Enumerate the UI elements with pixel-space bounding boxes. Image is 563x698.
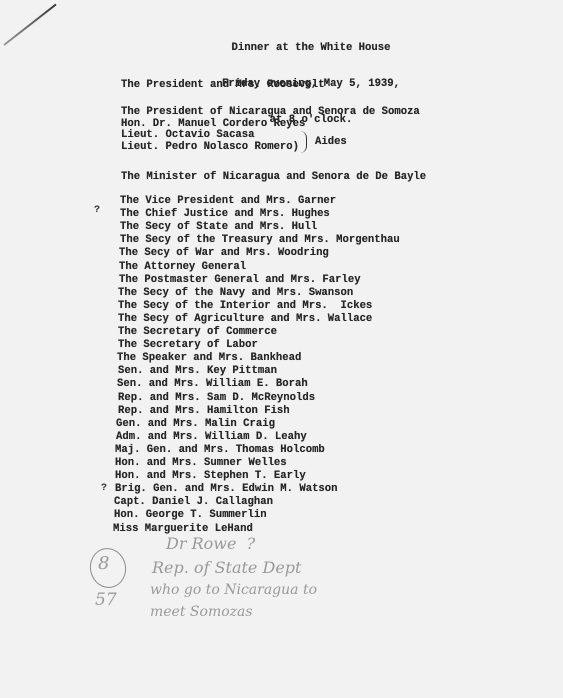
handwritten-count: 57	[95, 590, 117, 610]
handwritten-note-line-3: who go to Nicaragua to	[150, 582, 317, 598]
guest-line: The Secy of the Navy and Mrs. Swanson	[118, 287, 353, 299]
guest-line: The Minister of Nicaragua and Senora de …	[121, 171, 426, 183]
guest-line: Hon. George T. Summerlin	[114, 509, 267, 521]
guest-line: Hon. and Mrs. Sumner Welles	[115, 457, 287, 469]
header-title: Dinner at the White House	[222, 42, 400, 54]
aides-label: Aides	[315, 136, 347, 148]
question-mark-callaghan: ?	[101, 483, 107, 494]
guest-line: Lieut. Octavio Sacasa	[121, 129, 255, 141]
guest-line: The President of Nicaragua and Senora de…	[121, 106, 420, 118]
guest-line: Brig. Gen. and Mrs. Edwin M. Watson	[115, 483, 338, 495]
guest-line: Hon. and Mrs. Stephen T. Early	[115, 470, 306, 482]
handwritten-note-line-4: meet Somozas	[150, 604, 253, 620]
guest-line: Sen. and Mrs. William E. Borah	[117, 378, 308, 390]
guest-line: The Vice President and Mrs. Garner	[120, 195, 336, 207]
guest-line: Rep. and Mrs. Sam D. McReynolds	[118, 392, 315, 404]
guest-line: The Speaker and Mrs. Bankhead	[117, 352, 301, 364]
aides-brace	[300, 131, 307, 153]
guest-line: The Chief Justice and Mrs. Hughes	[120, 208, 330, 220]
guest-line: Sen. and Mrs. Key Pittman	[118, 365, 277, 377]
staple-mark	[3, 4, 56, 46]
guest-line: Adm. and Mrs. William D. Leahy	[116, 431, 307, 443]
handwritten-note-line-1: Dr Rowe ?	[166, 534, 255, 553]
guest-line: Rep. and Mrs. Hamilton Fish	[118, 405, 290, 417]
host-line: The President and Mrs. Roosevelt	[121, 79, 324, 91]
guest-line: Lieut. Pedro Nolasco Romero)	[121, 141, 299, 153]
guest-line: The Postmaster General and Mrs. Farley	[119, 274, 361, 286]
document-page: Dinner at the White House Friday evening…	[0, 0, 563, 698]
guest-line: Capt. Daniel J. Callaghan	[114, 496, 273, 508]
guest-line: The Secy of War and Mrs. Woodring	[119, 247, 329, 259]
handwritten-circled-number: 8	[98, 553, 109, 574]
guest-line: The Secretary of Commerce	[118, 326, 277, 338]
guest-line: The Attorney General	[119, 261, 246, 273]
guest-line: Miss Marguerite LeHand	[113, 523, 253, 535]
handwritten-note-line-2: Rep. of State Dept	[152, 558, 301, 577]
guest-line: The Secy of Agriculture and Mrs. Wallace	[118, 313, 372, 325]
question-mark-chief-justice: ?	[94, 205, 100, 216]
guest-line: The Secy of State and Mrs. Hull	[120, 221, 317, 233]
guest-line: Hon. Dr. Manuel Cordero Reyes	[121, 118, 305, 130]
guest-line: Gen. and Mrs. Malin Craig	[116, 418, 275, 430]
guest-line: The Secy of the Interior and Mrs. Ickes	[118, 300, 372, 312]
guest-line: Maj. Gen. and Mrs. Thomas Holcomb	[115, 444, 325, 456]
guest-line: The Secy of the Treasury and Mrs. Morgen…	[120, 234, 400, 246]
guest-line: The Secretary of Labor	[118, 339, 258, 351]
